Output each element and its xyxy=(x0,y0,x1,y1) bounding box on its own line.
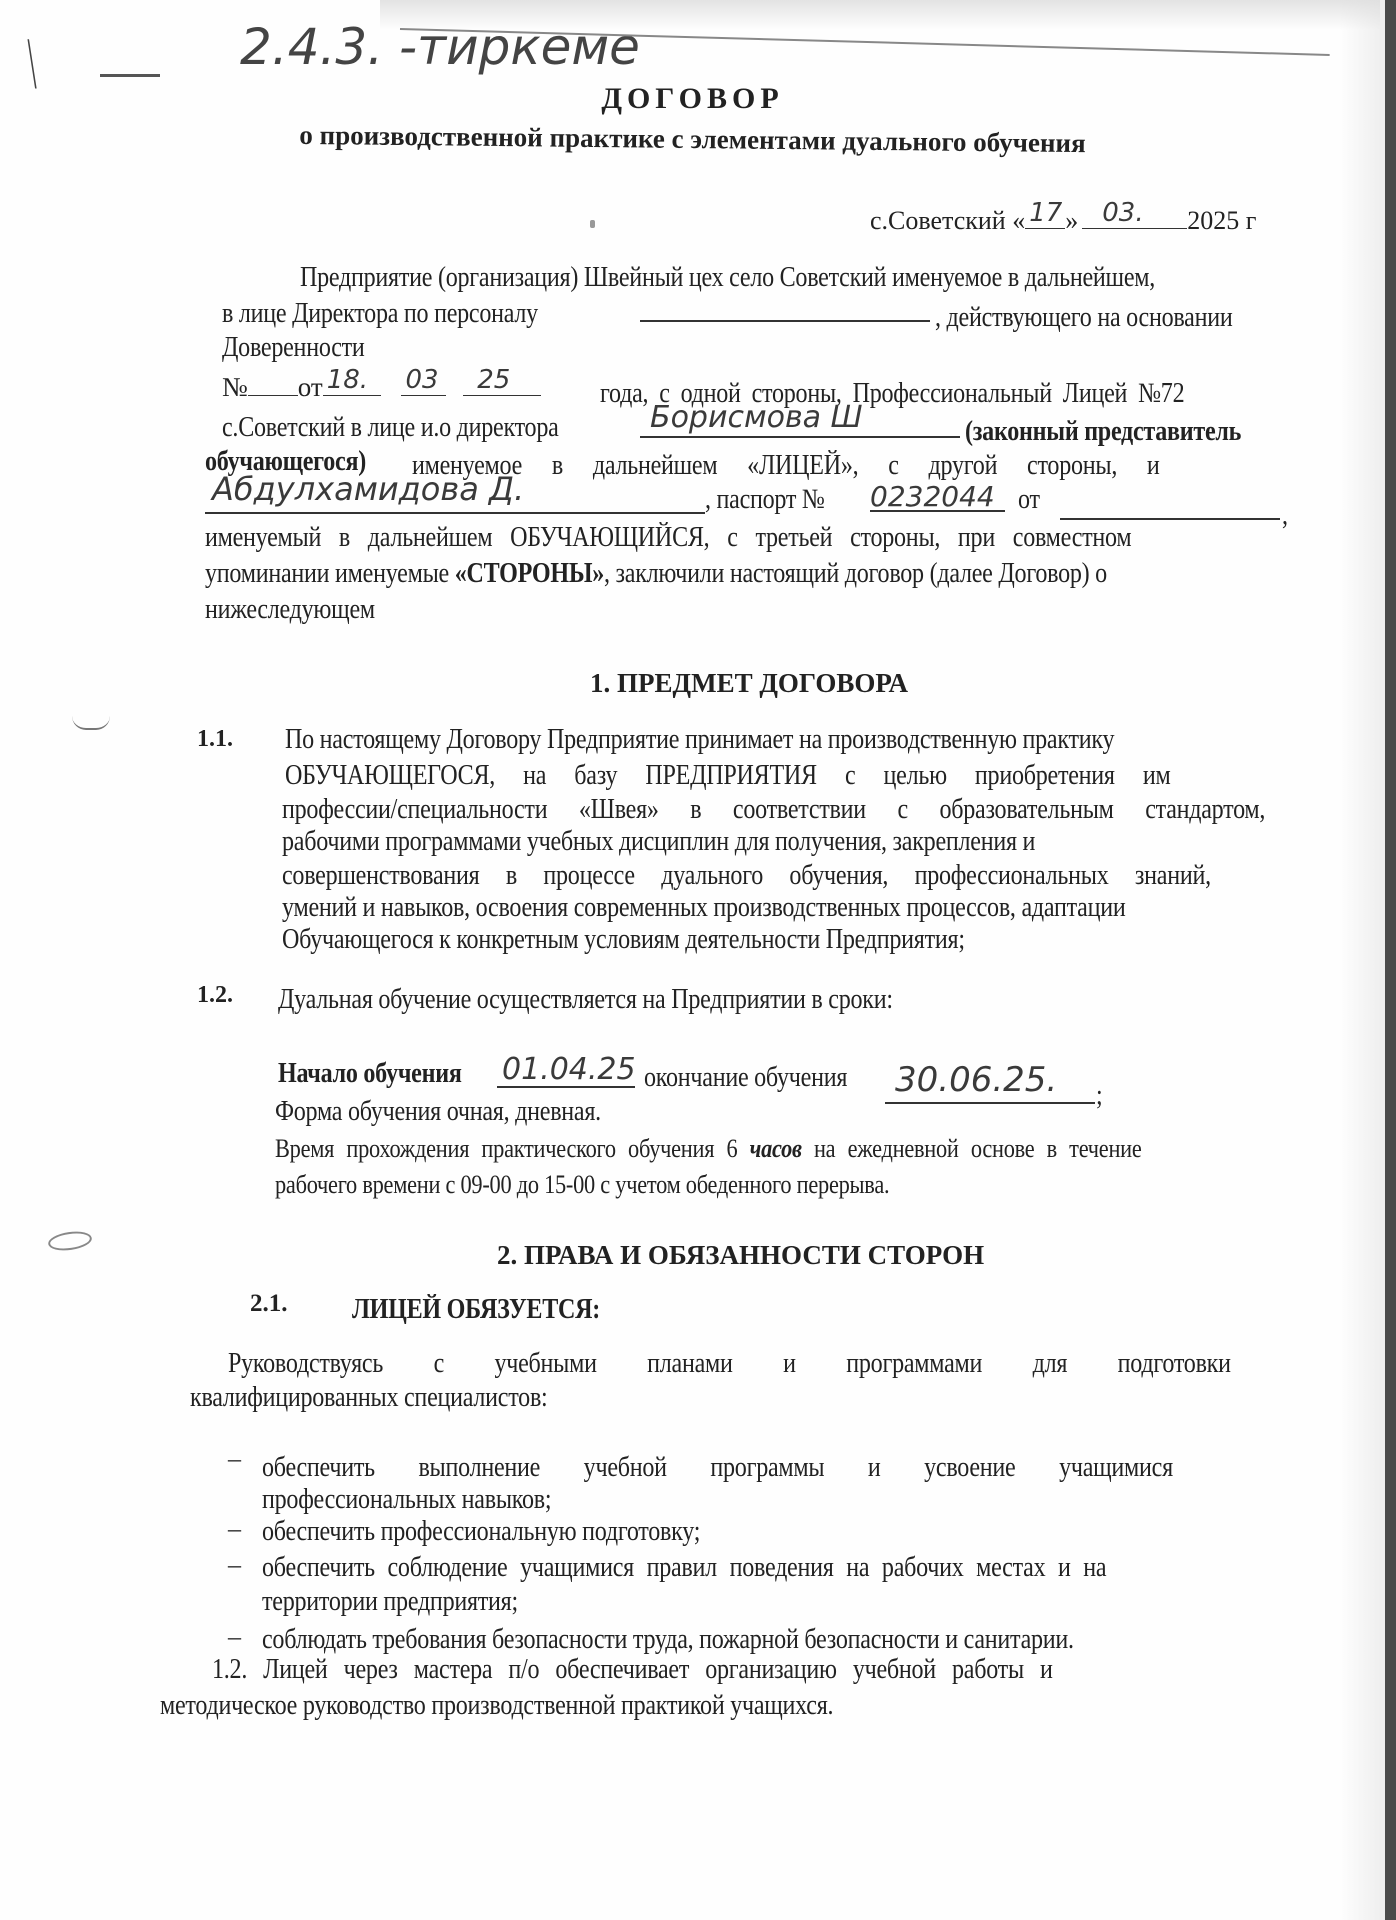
document-title: ДОГОВОР xyxy=(0,82,1385,116)
item-1-2b-line-1: 1.2. Лицей через мастера п/о обеспечивае… xyxy=(212,1654,1053,1686)
parties-term: «СТОРОНЫ» xyxy=(455,558,604,589)
scan-edge-fade xyxy=(1340,0,1385,1920)
hr-director-blank xyxy=(640,320,930,322)
bullet-line: обеспечить выполнение учебной программы … xyxy=(262,1452,1173,1484)
time-line-1a: Время прохождения практического обучения… xyxy=(275,1134,737,1163)
doc-month-field: 03 xyxy=(401,373,446,396)
bullet-dash: – xyxy=(228,1514,241,1544)
time-line-1b: на ежедневной основе в течение xyxy=(814,1134,1142,1163)
number-sign: № xyxy=(222,372,248,402)
handwritten-dash-mark xyxy=(100,74,160,77)
sub-2-1-number: 2.1. xyxy=(250,1290,288,1318)
end-date: 30.06.25. xyxy=(895,1060,1057,1100)
preamble-line-5a: с.Советский в лице и.о директора xyxy=(222,412,559,444)
doc-year-field: 25 xyxy=(463,373,541,396)
month-value: 03. xyxy=(1102,198,1143,228)
passport-comma: , xyxy=(1282,500,1288,532)
item-1-2b-line-2: методическое руководство производственно… xyxy=(160,1690,833,1722)
intro-line-1: Руководствуясь с учебными планами и прог… xyxy=(228,1348,1231,1380)
preamble-line-8: именуемый в дальнейшем ОБУЧАЮЩИЙСЯ, с тр… xyxy=(205,522,1131,554)
preamble-line-10: нижеследующем xyxy=(205,594,375,626)
bullet-line: профессиональных навыков; xyxy=(262,1484,551,1516)
preamble-line-9a: упоминании именуемые xyxy=(205,558,449,589)
bullet-dash: – xyxy=(228,1550,241,1580)
passport-from-label: от xyxy=(1018,484,1040,516)
bullet-dash: – xyxy=(228,1444,241,1474)
day-field: 17 xyxy=(1025,206,1065,229)
item-1-1-line: профессии/специальности «Швея» в соответ… xyxy=(282,794,1265,826)
preamble-line-3: Доверенности xyxy=(222,332,365,364)
section-2-heading: 2. ПРАВА И ОБЯЗАННОСТИ СТОРОН xyxy=(497,1240,984,1271)
scan-speck xyxy=(590,220,595,228)
bullet-dash: – xyxy=(228,1622,241,1652)
bullet-line: территории предприятия; xyxy=(262,1586,518,1618)
item-1-1-line: рабочими программами учебных дисциплин д… xyxy=(282,826,1035,858)
section-1-heading: 1. ПРЕДМЕТ ДОГОВОРА xyxy=(590,668,908,699)
preamble-line-9b: , заключили настоящий договор (далее Дог… xyxy=(604,558,1107,589)
doc-month-value: 03 xyxy=(405,365,438,395)
bullet-line: соблюдать требования безопасности труда,… xyxy=(262,1624,1074,1656)
preamble-line-9: упоминании именуемые «СТОРОНЫ», заключил… xyxy=(205,558,1107,590)
end-date-line xyxy=(885,1102,1095,1104)
quote-close: » xyxy=(1065,206,1078,235)
director-signature-line xyxy=(640,436,960,438)
year-label: 2025 г xyxy=(1187,206,1256,235)
item-1-1-line: Обучающегося к конкретным условиям деяте… xyxy=(282,924,965,956)
item-1-1-number: 1.1. xyxy=(197,726,233,753)
time-line-1: Время прохождения практического обучения… xyxy=(275,1134,1142,1164)
passport-number: 0232044 xyxy=(870,480,995,513)
month-field: 03. xyxy=(1082,206,1187,229)
item-1-1-line: совершенствования в процессе дуального о… xyxy=(282,860,1211,892)
passport-date-line xyxy=(1060,518,1280,520)
preamble-line-4: №от18. 03 25 xyxy=(222,372,541,403)
doc-year-value: 25 xyxy=(477,365,510,395)
bullet-line: обеспечить соблюдение учащимися правил п… xyxy=(262,1552,1106,1584)
doc-number-field xyxy=(248,373,298,396)
end-punct: ; xyxy=(1096,1080,1102,1112)
study-form: Форма обучения очная, дневная. xyxy=(275,1096,601,1128)
place-date: с.Советский «17»03.2025 г xyxy=(870,206,1256,236)
student-name-line xyxy=(205,512,705,514)
doc-day-value: 18. xyxy=(327,365,368,395)
item-1-1-line: По настоящему Договору Предприятие прини… xyxy=(285,724,1114,756)
place-label: с.Советский « xyxy=(870,206,1025,235)
start-label: Начало обучения xyxy=(278,1058,462,1090)
sub-2-1-title: ЛИЦЕЙ ОБЯЗУЕТСЯ: xyxy=(352,1294,600,1326)
item-1-1-line: ОБУЧАЮЩЕГОСЯ, на базу ПРЕДПРИЯТИЯ с цель… xyxy=(285,760,1170,792)
time-line-2: рабочего времени с 09-00 до 15-00 с учет… xyxy=(275,1170,889,1200)
student-name: Абдулхамидова Д. xyxy=(212,470,524,508)
intro-line-2: квалифицированных специалистов: xyxy=(190,1382,547,1414)
hours-emphasis: часов xyxy=(750,1134,802,1163)
preamble-line-2a: в лице Директора по персоналу xyxy=(222,298,538,330)
director-signature: Борисмова Ш xyxy=(650,400,863,435)
end-label: окончание обучения xyxy=(644,1062,847,1094)
preamble-line-1: Предприятие (организация) Швейный цех се… xyxy=(300,262,1155,294)
item-1-1-line: умений и навыков, освоения современных п… xyxy=(282,892,1125,924)
preamble-line-2b: , действующего на основании xyxy=(935,302,1233,334)
item-1-2-number: 1.2. xyxy=(197,982,233,1009)
handwritten-note: 2.4.3. -тиркеме xyxy=(240,18,640,76)
day-value: 17 xyxy=(1029,198,1062,228)
passport-label: , паспорт № xyxy=(705,484,825,516)
doc-day-field: 18. xyxy=(323,373,381,396)
from-label: от xyxy=(298,372,323,402)
item-1-2-text: Дуальная обучение осуществляется на Пред… xyxy=(278,984,893,1016)
preamble-line-5b: (законный представитель xyxy=(965,416,1241,448)
scan-edge xyxy=(1385,0,1396,1920)
start-date: 01.04.25 xyxy=(502,1052,636,1087)
bullet-line: обеспечить профессиональную подготовку; xyxy=(262,1516,700,1548)
